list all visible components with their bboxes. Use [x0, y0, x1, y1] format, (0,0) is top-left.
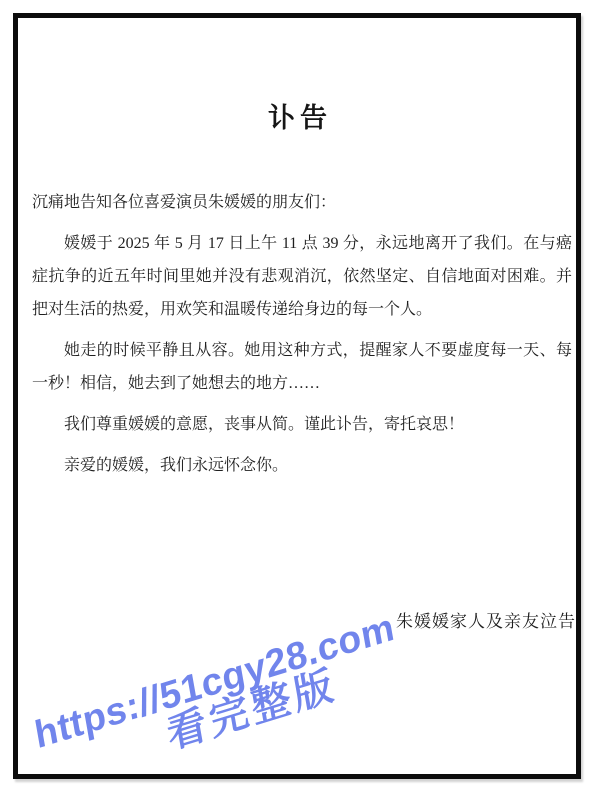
paragraph-passing-announcement: 媛媛于 2025 年 5 月 17 日上午 11 点 39 分，永远地离开了我们…	[32, 227, 572, 326]
paragraph-peaceful-departure: 她走的时候平静且从容。她用这种方式，提醒家人不要虚度每一天、每一秒！相信，她去到…	[32, 334, 572, 400]
salutation-line: 沉痛地告知各位喜爱演员朱媛媛的朋友们：	[32, 186, 572, 219]
obituary-photo-page: 讣告 沉痛地告知各位喜爱演员朱媛媛的朋友们： 媛媛于 2025 年 5 月 17…	[0, 0, 600, 800]
obituary-body: 沉痛地告知各位喜爱演员朱媛媛的朋友们： 媛媛于 2025 年 5 月 17 日上…	[32, 186, 572, 490]
obituary-title: 讣告	[0, 96, 600, 135]
signature-line: 朱媛媛家人及亲友泣告	[396, 607, 576, 632]
paragraph-farewell: 亲爱的媛媛，我们永远怀念你。	[32, 449, 572, 482]
paragraph-simple-funeral: 我们尊重媛媛的意愿，丧事从简。谨此讣告，寄托哀思！	[32, 408, 572, 441]
